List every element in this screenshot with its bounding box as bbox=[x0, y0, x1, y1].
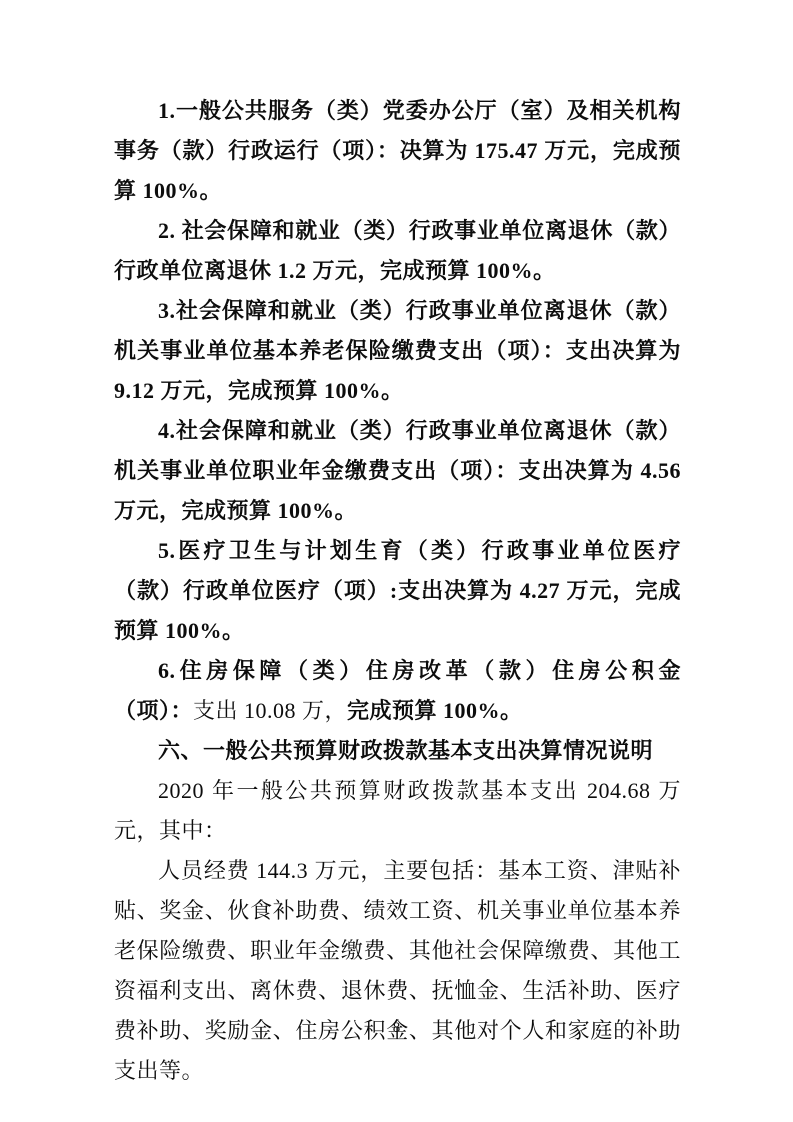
paragraph-item-4: 4.社会保障和就业（类）行政事业单位离退休（款）机关事业单位职业年金缴费支出（项… bbox=[114, 411, 681, 531]
paragraph-item-5: 5.医疗卫生与计划生育（类）行政事业单位医疗（款）行政单位医疗（项）:支出决算为… bbox=[114, 531, 681, 651]
paragraph-item-6: 6.住房保障（类）住房改革（款）住房公积金（项）：支出 10.08 万，完成预算… bbox=[114, 651, 681, 731]
paragraph-item-3: 3.社会保障和就业（类）行政事业单位离退休（款）机关事业单位基本养老保险缴费支出… bbox=[114, 291, 681, 411]
section-heading: 六、一般公共预算财政拨款基本支出决算情况说明 bbox=[114, 731, 681, 771]
page-number: 8 bbox=[0, 1020, 793, 1037]
paragraph-6-amount-segment: 支出 10.08 万， bbox=[193, 698, 347, 723]
paragraph-personnel-expenses: 人员经费 144.3 万元，主要包括：基本工资、津贴补贴、奖金、伙食补助费、绩效… bbox=[114, 851, 681, 1091]
paragraph-item-1: 1.一般公共服务（类）党委办公厅（室）及相关机构事务（款）行政运行（项）：决算为… bbox=[114, 91, 681, 211]
paragraph-basic-expenditure-summary: 2020 年一般公共预算财政拨款基本支出 204.68 万元，其中： bbox=[114, 771, 681, 851]
paragraph-6-completion-segment: 完成预算 100%。 bbox=[347, 698, 523, 723]
paragraph-item-2: 2. 社会保障和就业（类）行政事业单位离退休（款）行政单位离退休 1.2 万元，… bbox=[114, 211, 681, 291]
document-page: 1.一般公共服务（类）党委办公厅（室）及相关机构事务（款）行政运行（项）：决算为… bbox=[0, 0, 793, 1122]
